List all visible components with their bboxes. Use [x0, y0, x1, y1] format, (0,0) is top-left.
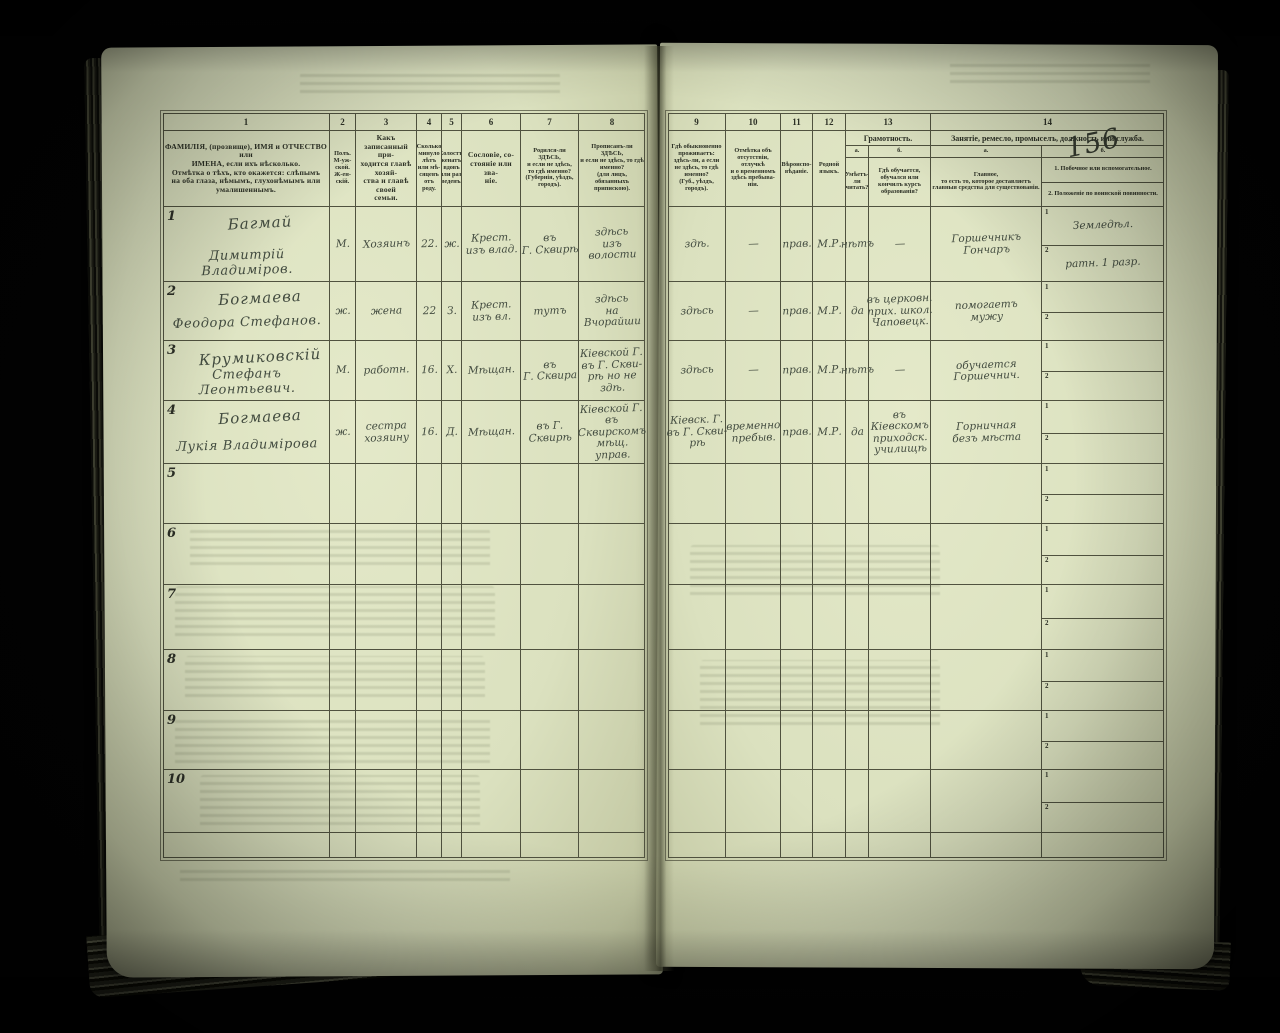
- cell-row10-c6: [462, 770, 521, 833]
- cell-row1-c13a: [846, 207, 869, 282]
- cell-row2-c7: [521, 282, 579, 341]
- cell-row4-c3: [356, 401, 417, 464]
- cell-row11-c9: [668, 833, 726, 858]
- cell-row9-c5: [442, 711, 462, 770]
- row-number: 3: [167, 344, 183, 358]
- cell-row10-c5: [442, 770, 462, 833]
- cell-row11-c1: [163, 833, 330, 858]
- cell-row11-c14a: [931, 833, 1042, 858]
- cell-row6-c11: [781, 524, 813, 585]
- cell-row3-c13a: [846, 341, 869, 401]
- cell-row1-c4: [417, 207, 442, 282]
- header-col-c7: Родился-ли ЗДѢСЬ, и если не здѣсь, то гд…: [521, 131, 579, 207]
- col14b-mark-1: 1: [1045, 587, 1053, 595]
- cell-row1-c14a: [931, 207, 1042, 282]
- header-col-c3: Какъ записанный при- ходится главѣ хозяй…: [356, 131, 417, 207]
- cell-row4-c12: [813, 401, 846, 464]
- row-number: 1: [167, 210, 183, 224]
- header-col14a: Главное, то есть то, которое доставляетъ…: [931, 158, 1042, 207]
- cell-row6-c12: [813, 524, 846, 585]
- cell-row8-c4: [417, 650, 442, 711]
- cell-row3-c11: [781, 341, 813, 401]
- cell-row9-c14a: [931, 711, 1042, 770]
- cell-row10-c10: [726, 770, 781, 833]
- cell-row11-c13b: [869, 833, 931, 858]
- cell-row9-c13b: [869, 711, 931, 770]
- cell-row9-c12: [813, 711, 846, 770]
- col14b-subdivider: [1042, 555, 1163, 556]
- col14b-subdivider: [1042, 371, 1163, 372]
- col14b-subdivider: [1042, 618, 1163, 619]
- col-number-12: 12: [813, 113, 846, 131]
- cell-row4-c5: [442, 401, 462, 464]
- cell-row1-c11: [781, 207, 813, 282]
- cell-row8-c13a: [846, 650, 869, 711]
- cell-row9-c13a: [846, 711, 869, 770]
- cell-row8-c10: [726, 650, 781, 711]
- cell-row8-c6: [462, 650, 521, 711]
- cell-row7-c10: [726, 585, 781, 650]
- row-number: 4: [167, 404, 183, 418]
- cell-row4-c10: [726, 401, 781, 464]
- cell-row5-c1: [163, 464, 330, 524]
- cell-row5-c12: [813, 464, 846, 524]
- cell-row11-c2: [330, 833, 356, 858]
- col14b-mark-1: 1: [1045, 772, 1053, 780]
- cell-row5-c6: [462, 464, 521, 524]
- cell-row4-c11: [781, 401, 813, 464]
- cell-row11-c13a: [846, 833, 869, 858]
- cell-row1-c1: [163, 207, 330, 282]
- cell-row2-c13a: [846, 282, 869, 341]
- col14b-mark-2: 2: [1045, 247, 1053, 255]
- cell-row7-c7: [521, 585, 579, 650]
- cell-row4-c2: [330, 401, 356, 464]
- census-book-scan: 1234567891011121314ФАМИЛІЯ, (прозвище), …: [0, 0, 1280, 1033]
- cell-row6-c4: [417, 524, 442, 585]
- cell-row9-c6: [462, 711, 521, 770]
- col-number-13: 13: [846, 113, 931, 131]
- cell-row11-c11: [781, 833, 813, 858]
- header-col-c10: Отмѣтка объ отсутствіи, отлучкѣ и о врем…: [726, 131, 781, 207]
- cell-row6-c9: [668, 524, 726, 585]
- col14b-mark-2: 2: [1045, 683, 1053, 691]
- cell-row8-c2: [330, 650, 356, 711]
- cell-row6-c1: [163, 524, 330, 585]
- row-number: 5: [167, 467, 183, 481]
- cell-row5-c5: [442, 464, 462, 524]
- cell-row9-c8: [579, 711, 645, 770]
- header-col-c8: Прописанъ-ли ЗДѢСЬ, и если не здѣсь, то …: [579, 131, 645, 207]
- col-number-2: 2: [330, 113, 356, 131]
- cell-row2-c8: [579, 282, 645, 341]
- col14b-subdivider: [1042, 494, 1163, 495]
- header-col-c2: Полъ. М-уж- ской. Ж-ен- скій.: [330, 131, 356, 207]
- cell-row5-c13b: [869, 464, 931, 524]
- col14b-subdivider: [1042, 312, 1163, 313]
- col-number-11: 11: [781, 113, 813, 131]
- cell-row2-c5: [442, 282, 462, 341]
- cell-row2-c2: [330, 282, 356, 341]
- cell-row10-c13b: [869, 770, 931, 833]
- header-col13-title: Грамотность.: [846, 131, 931, 146]
- cell-row4-c6: [462, 401, 521, 464]
- cell-row8-c7: [521, 650, 579, 711]
- cell-row5-c8: [579, 464, 645, 524]
- cell-row2-c3: [356, 282, 417, 341]
- cell-row3-c4: [417, 341, 442, 401]
- cell-row6-c2: [330, 524, 356, 585]
- cell-row2-c9: [668, 282, 726, 341]
- row-number: 7: [167, 588, 183, 602]
- cell-row2-c4: [417, 282, 442, 341]
- cell-row7-c13a: [846, 585, 869, 650]
- col-number-8: 8: [579, 113, 645, 131]
- col14b-mark-2: 2: [1045, 373, 1053, 381]
- header-col-c12: Родной языкъ.: [813, 131, 846, 207]
- cell-row7-c6: [462, 585, 521, 650]
- cell-row7-c4: [417, 585, 442, 650]
- cell-row6-c6: [462, 524, 521, 585]
- cell-row10-c13a: [846, 770, 869, 833]
- cell-row3-c1: [163, 341, 330, 401]
- cell-row7-c8: [579, 585, 645, 650]
- cell-row8-c14a: [931, 650, 1042, 711]
- cell-row3-c12: [813, 341, 846, 401]
- cell-row10-c7: [521, 770, 579, 833]
- col14b-mark-1: 1: [1045, 284, 1053, 292]
- col14b-subdivider: [1042, 802, 1163, 803]
- cell-row3-c7: [521, 341, 579, 401]
- cell-row4-c13b: [869, 401, 931, 464]
- cell-row4-c13a: [846, 401, 869, 464]
- col14b-mark-1: 1: [1045, 466, 1053, 474]
- row-number: 6: [167, 527, 183, 541]
- header-col13b-letter: б.: [869, 146, 931, 158]
- col14b-subdivider: [1042, 245, 1163, 246]
- col-number-5: 5: [442, 113, 462, 131]
- cell-row10-c12: [813, 770, 846, 833]
- col14b-mark-1: 1: [1045, 526, 1053, 534]
- cell-row9-c10: [726, 711, 781, 770]
- cell-row2-c1: [163, 282, 330, 341]
- cell-row2-c13b: [869, 282, 931, 341]
- col14b-mark-2: 2: [1045, 496, 1053, 504]
- header-col-c4: Сколько минуло лѣтъ или мѣ- сяцевъ отъ р…: [417, 131, 442, 207]
- cell-row2-c10: [726, 282, 781, 341]
- cell-row5-c11: [781, 464, 813, 524]
- cell-row8-c11: [781, 650, 813, 711]
- cell-row6-c14a: [931, 524, 1042, 585]
- cell-row8-c13b: [869, 650, 931, 711]
- header-col-c11: Вѣроиспо- вѣданіе.: [781, 131, 813, 207]
- cell-row1-c5: [442, 207, 462, 282]
- cell-row8-c1: [163, 650, 330, 711]
- header-col14-title: Занятіе, ремесло, промыселъ, должность и…: [931, 131, 1164, 146]
- cell-row1-c10: [726, 207, 781, 282]
- cell-row3-c10: [726, 341, 781, 401]
- col14b-mark-2: 2: [1045, 804, 1053, 812]
- header-col-c6: Сословіе, со- стояніе или зва- ніе.: [462, 131, 521, 207]
- cell-row3-c2: [330, 341, 356, 401]
- cell-row7-c2: [330, 585, 356, 650]
- cell-row1-c12: [813, 207, 846, 282]
- cell-row8-c5: [442, 650, 462, 711]
- cell-row10-c3: [356, 770, 417, 833]
- header-col13a: Умѣетъ- ли читать?: [846, 158, 869, 207]
- cell-row5-c14a: [931, 464, 1042, 524]
- cell-row4-c7: [521, 401, 579, 464]
- cell-row9-c3: [356, 711, 417, 770]
- cell-row3-c14a: [931, 341, 1042, 401]
- cell-row2-c6: [462, 282, 521, 341]
- cell-row9-c2: [330, 711, 356, 770]
- cell-row1-c9: [668, 207, 726, 282]
- cell-row8-c8: [579, 650, 645, 711]
- col-number-14: 14: [931, 113, 1164, 131]
- col14b-subdivider: [1042, 741, 1163, 742]
- cell-row8-c9: [668, 650, 726, 711]
- row-number: 10: [167, 773, 183, 787]
- header-col13a-letter: а.: [846, 146, 869, 158]
- row-number: 2: [167, 285, 183, 299]
- cell-row6-c13b: [869, 524, 931, 585]
- col14b-mark-1: 1: [1045, 713, 1053, 721]
- cell-row7-c3: [356, 585, 417, 650]
- col14b-mark-1: 1: [1045, 652, 1053, 660]
- col-number-4: 4: [417, 113, 442, 131]
- cell-row7-c9: [668, 585, 726, 650]
- col-number-9: 9: [668, 113, 726, 131]
- cell-row7-c11: [781, 585, 813, 650]
- col-number-10: 10: [726, 113, 781, 131]
- col-number-3: 3: [356, 113, 417, 131]
- cell-row3-c3: [356, 341, 417, 401]
- cell-row10-c8: [579, 770, 645, 833]
- cell-row2-c14a: [931, 282, 1042, 341]
- col14b-mark-2: 2: [1045, 314, 1053, 322]
- cell-row4-c4: [417, 401, 442, 464]
- cell-row4-c1: [163, 401, 330, 464]
- cell-row5-c13a: [846, 464, 869, 524]
- cell-row10-c1: [163, 770, 330, 833]
- cell-row8-c3: [356, 650, 417, 711]
- cell-row11-c4: [417, 833, 442, 858]
- header-col-c5: Холостъ, женатъ, вдовъ или раз- веденъ.: [442, 131, 462, 207]
- cell-row7-c5: [442, 585, 462, 650]
- cell-row11-c5: [442, 833, 462, 858]
- col14b-mark-1: 1: [1045, 209, 1053, 217]
- header-col-c9: Гдѣ обыкновенно проживаетъ: здѣсь-ли, а …: [668, 131, 726, 207]
- cell-row10-c14a: [931, 770, 1042, 833]
- cell-row1-c2: [330, 207, 356, 282]
- cell-row2-c11: [781, 282, 813, 341]
- col14b-subdivider: [1042, 433, 1163, 434]
- cell-row5-c3: [356, 464, 417, 524]
- cell-row1-c7: [521, 207, 579, 282]
- cell-row6-c13a: [846, 524, 869, 585]
- cell-row9-c1: [163, 711, 330, 770]
- row-number: 9: [167, 714, 183, 728]
- cell-row3-c9: [668, 341, 726, 401]
- col14b-mark-1: 1: [1045, 403, 1053, 411]
- cell-row5-c9: [668, 464, 726, 524]
- cell-row9-c4: [417, 711, 442, 770]
- cell-row3-c13b: [869, 341, 931, 401]
- cell-row8-c12: [813, 650, 846, 711]
- cell-row5-c10: [726, 464, 781, 524]
- cell-row4-c8: [579, 401, 645, 464]
- cell-row11-c12: [813, 833, 846, 858]
- cell-row10-c2: [330, 770, 356, 833]
- cell-row11-c6: [462, 833, 521, 858]
- cell-row2-c12: [813, 282, 846, 341]
- cell-row3-c5: [442, 341, 462, 401]
- header-col14b-1: 1. Побочное или вспомогательное.: [1042, 158, 1164, 183]
- cell-row7-c13b: [869, 585, 931, 650]
- cell-row4-c9: [668, 401, 726, 464]
- cell-row10-c4: [417, 770, 442, 833]
- col14b-mark-2: 2: [1045, 557, 1053, 565]
- cell-row5-c7: [521, 464, 579, 524]
- cell-row1-c3: [356, 207, 417, 282]
- cell-row9-c9: [668, 711, 726, 770]
- cell-row5-c2: [330, 464, 356, 524]
- cell-row7-c12: [813, 585, 846, 650]
- cell-row11-c8: [579, 833, 645, 858]
- cell-row11-c3: [356, 833, 417, 858]
- cell-row11-c10: [726, 833, 781, 858]
- cell-row9-c11: [781, 711, 813, 770]
- col-number-7: 7: [521, 113, 579, 131]
- header-col14b-2: 2. Положеніе по воинской повинности.: [1042, 183, 1164, 208]
- cell-row4-c14a: [931, 401, 1042, 464]
- cell-row7-c14a: [931, 585, 1042, 650]
- header-col14a-letter: а.: [931, 146, 1042, 158]
- cell-row10-c9: [668, 770, 726, 833]
- col14b-mark-2: 2: [1045, 620, 1053, 628]
- cell-row11-c7: [521, 833, 579, 858]
- col14b-mark-2: 2: [1045, 743, 1053, 751]
- cell-row6-c3: [356, 524, 417, 585]
- col14b-mark-1: 1: [1045, 343, 1053, 351]
- header-col-c1: ФАМИЛІЯ, (прозвище), ИМЯ и ОТЧЕСТВО или …: [163, 131, 330, 207]
- cell-row3-c8: [579, 341, 645, 401]
- cell-row1-c8: [579, 207, 645, 282]
- col14b-mark-2: 2: [1045, 435, 1053, 443]
- col14b-subdivider: [1042, 681, 1163, 682]
- cell-row11-c14b: [1042, 833, 1164, 858]
- cell-row5-c4: [417, 464, 442, 524]
- col-number-1: 1: [163, 113, 330, 131]
- cell-row6-c5: [442, 524, 462, 585]
- col-number-6: 6: [462, 113, 521, 131]
- cell-row6-c8: [579, 524, 645, 585]
- cell-row1-c6: [462, 207, 521, 282]
- cell-row6-c10: [726, 524, 781, 585]
- cell-row1-c13b: [869, 207, 931, 282]
- cell-row6-c7: [521, 524, 579, 585]
- cell-row3-c6: [462, 341, 521, 401]
- cell-row7-c1: [163, 585, 330, 650]
- cell-row10-c11: [781, 770, 813, 833]
- header-col13b: Гдѣ обучается, обучался или кончилъ курс…: [869, 158, 931, 207]
- cell-row9-c7: [521, 711, 579, 770]
- row-number: 8: [167, 653, 183, 667]
